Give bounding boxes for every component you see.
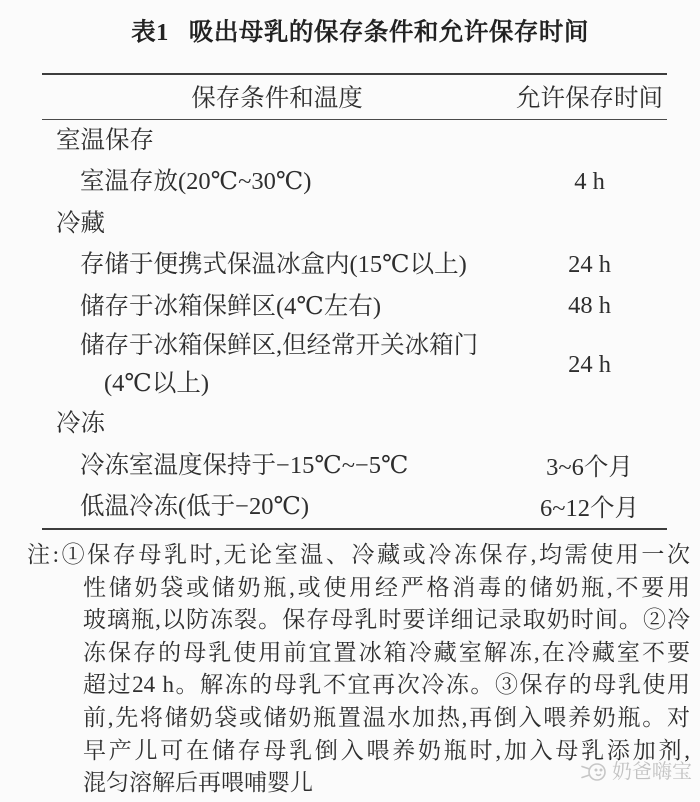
table-row: 冷冻室温度保持于−15℃~−5℃3~6个月 — [42, 445, 667, 487]
condition-cell: 冷冻 — [42, 403, 512, 445]
table-row: 室温存放(20℃~30℃)4 h — [42, 161, 667, 203]
note-line: 超过24 h。解冻的母乳不宜再次冷冻。③保存的母乳使用 — [27, 669, 690, 702]
time-cell: 24 h — [512, 251, 667, 279]
note-line: 性储奶袋或储奶瓶,或使用经严格消毒的储奶瓶,不要用 — [27, 572, 690, 605]
condition-line: 储存于冰箱保鲜区(4℃左右) — [80, 286, 512, 328]
time-cell: 24 h — [512, 351, 667, 379]
condition-cell: 室温保存 — [42, 120, 512, 162]
watermark: 奶爸嗨宝 — [579, 760, 692, 784]
condition-cell: 储存于冰箱保鲜区(4℃左右) — [42, 286, 512, 328]
condition-line: 存储于便携式保温冰盒内(15℃以上) — [80, 244, 512, 286]
table-number: 表1 — [131, 19, 169, 46]
condition-cell: 冷藏 — [42, 203, 512, 245]
condition-line: (4℃以上) — [80, 365, 512, 403]
condition-line: 室温保存 — [56, 120, 512, 162]
table-title: 表1吸出母乳的保存条件和允许保存时间 — [0, 18, 700, 48]
time-cell: 4 h — [512, 168, 667, 196]
time-cell: 3~6个月 — [512, 448, 667, 483]
watermark-icon — [579, 761, 609, 783]
table-row: 低温冷冻(低于−20℃)6~12个月 — [42, 486, 667, 528]
table-caption: 吸出母乳的保存条件和允许保存时间 — [189, 19, 589, 46]
note-line: 前,先将储奶袋或储奶瓶置温水加热,再倒入喂养奶瓶。对 — [27, 702, 690, 735]
condition-line: 储存于冰箱保鲜区,但经常开关冰箱门 — [80, 327, 512, 365]
condition-line: 室温存放(20℃~30℃) — [80, 161, 512, 203]
condition-cell: 冷冻室温度保持于−15℃~−5℃ — [42, 445, 512, 487]
condition-line: 冷藏 — [56, 203, 512, 245]
condition-cell: 储存于冰箱保鲜区,但经常开关冰箱门(4℃以上) — [42, 327, 512, 403]
header-condition: 保存条件和温度 — [42, 79, 512, 114]
table-header-row: 保存条件和温度 允许保存时间 — [42, 75, 667, 120]
note-line: 冻保存的母乳使用前宜置冰箱冷藏室解冻,在冷藏室不要 — [27, 637, 690, 670]
table-row: 冷冻 — [42, 403, 667, 445]
table-row: 存储于便携式保温冰盒内(15℃以上)24 h — [42, 244, 667, 286]
time-cell: 6~12个月 — [512, 489, 667, 524]
table-body: 室温保存室温存放(20℃~30℃)4 h冷藏存储于便携式保温冰盒内(15℃以上)… — [42, 120, 667, 528]
condition-cell: 低温冷冻(低于−20℃) — [42, 486, 512, 528]
condition-cell: 存储于便携式保温冰盒内(15℃以上) — [42, 244, 512, 286]
note-line: 注:①保存母乳时,无论室温、冷藏或冷冻保存,均需使用一次 — [27, 539, 690, 572]
time-cell: 48 h — [512, 292, 667, 320]
condition-line: 低温冷冻(低于−20℃) — [80, 486, 512, 528]
table-row: 冷藏 — [42, 203, 667, 245]
condition-line: 冷冻 — [56, 403, 512, 445]
condition-line: 冷冻室温度保持于−15℃~−5℃ — [80, 445, 512, 487]
table-row: 储存于冰箱保鲜区,但经常开关冰箱门(4℃以上)24 h — [42, 327, 667, 403]
condition-cell: 室温存放(20℃~30℃) — [42, 161, 512, 203]
table-row: 室温保存 — [42, 120, 667, 162]
page: 表1吸出母乳的保存条件和允许保存时间 保存条件和温度 允许保存时间 室温保存室温… — [0, 0, 700, 802]
header-time: 允许保存时间 — [512, 79, 667, 114]
table-row: 储存于冰箱保鲜区(4℃左右)48 h — [42, 286, 667, 328]
watermark-text: 奶爸嗨宝 — [612, 760, 692, 784]
note-line: 玻璃瓶,以防冻裂。保存母乳时要详细记录取奶时间。②冷 — [27, 604, 690, 637]
storage-table: 保存条件和温度 允许保存时间 室温保存室温存放(20℃~30℃)4 h冷藏存储于… — [42, 73, 667, 530]
